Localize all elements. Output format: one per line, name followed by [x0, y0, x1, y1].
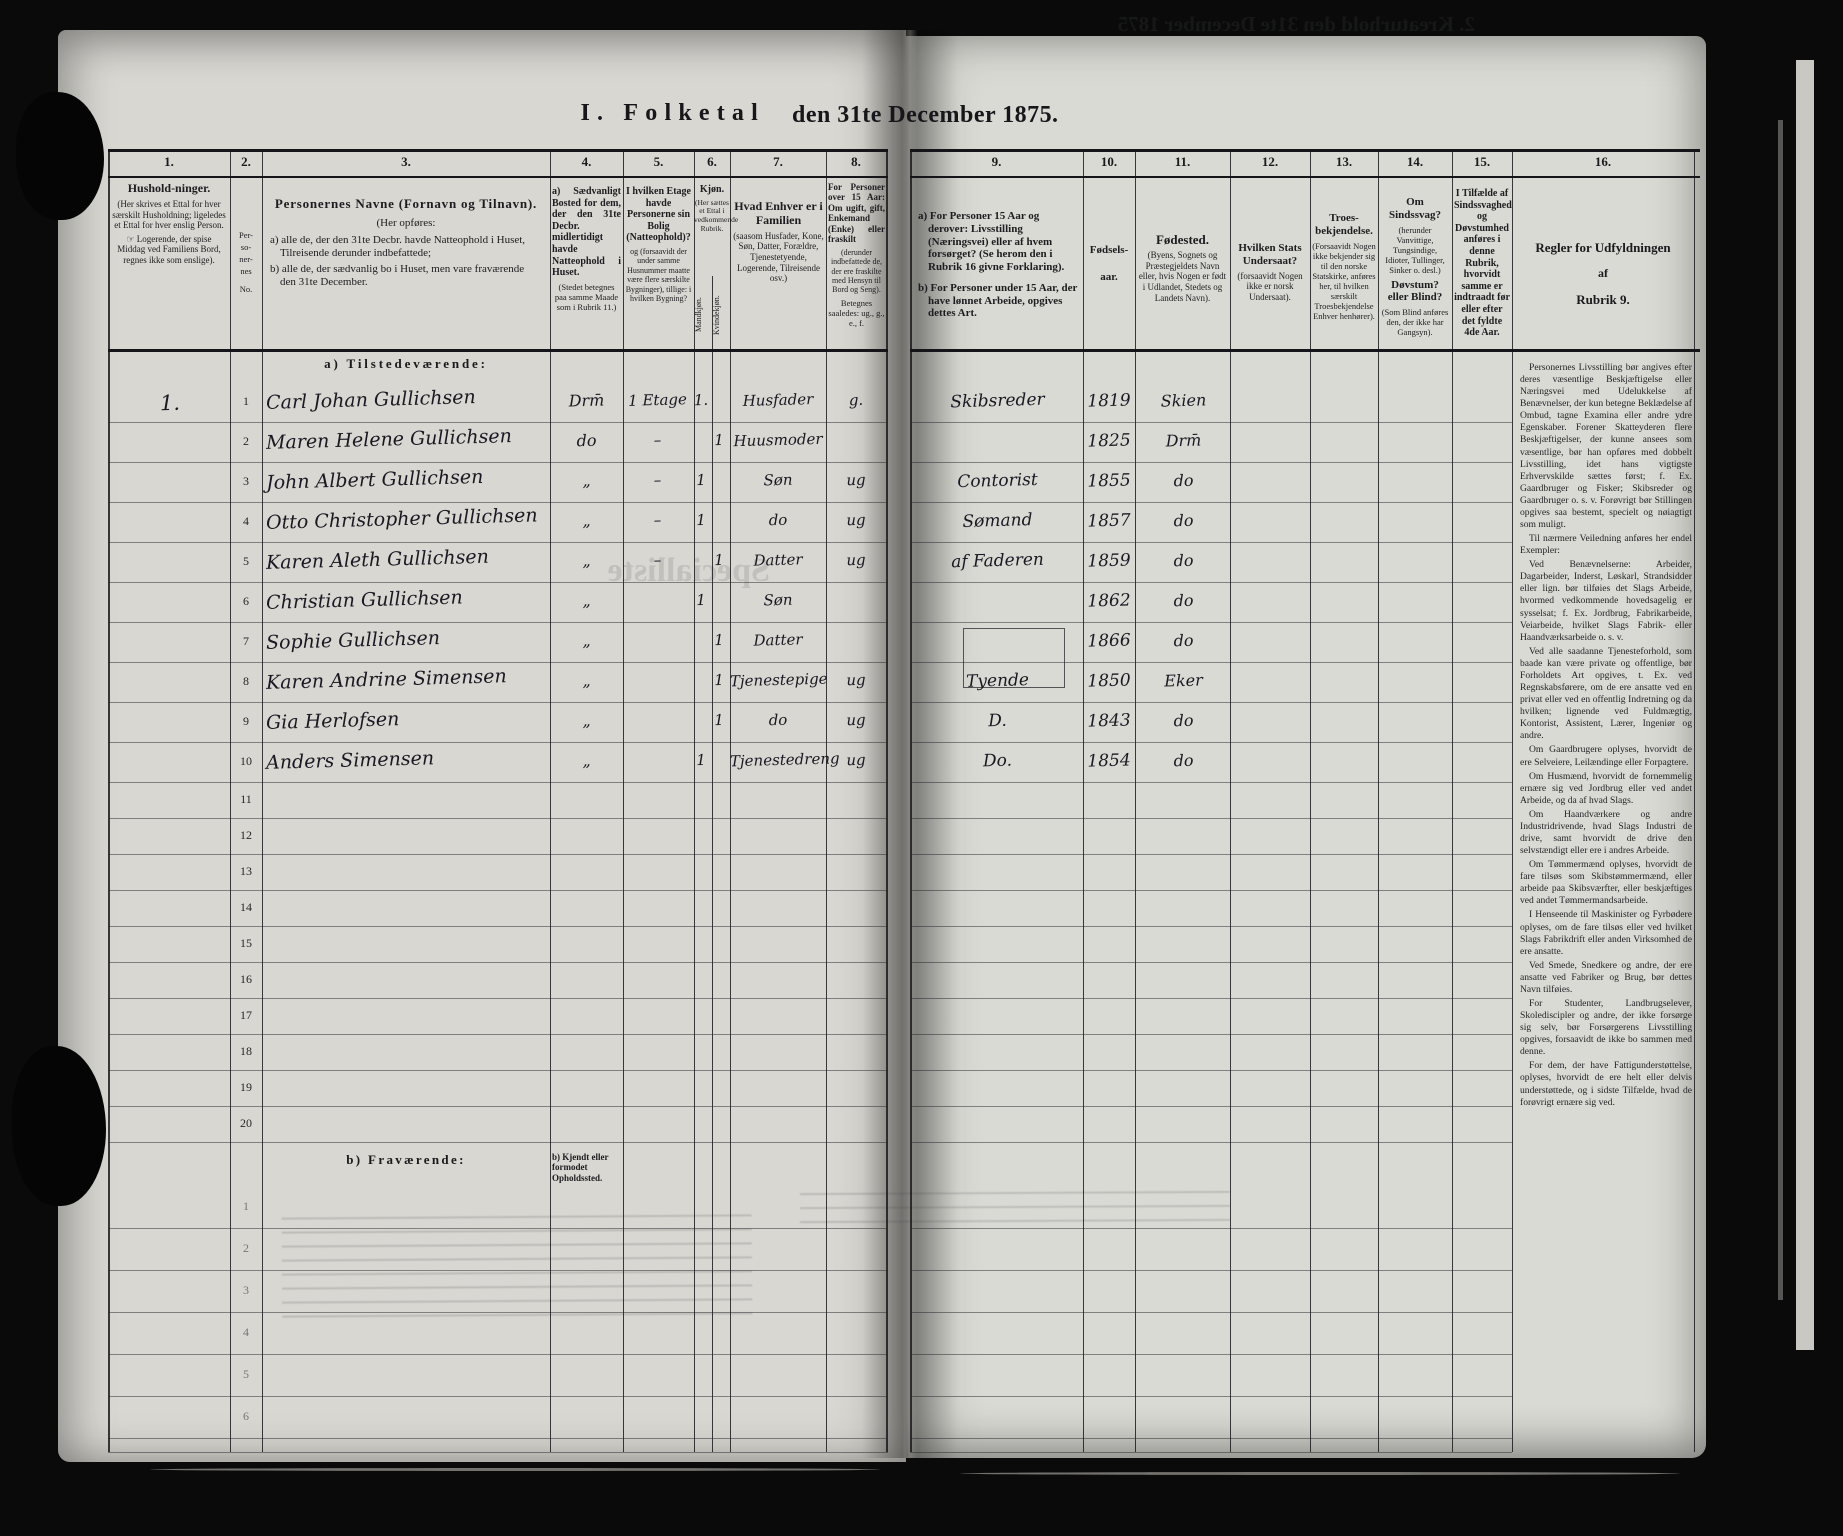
cell-birthplace: do [1137, 590, 1230, 612]
row-number: 14 [230, 900, 262, 915]
rules-paragraph: Om Tømmermænd oplyses, hvorvidt de fare … [1520, 859, 1692, 907]
cell-bosted: „ [550, 710, 624, 731]
cell-bosted: „ [550, 510, 624, 531]
row-line [910, 1354, 1512, 1355]
col-7-note: (saasom Husfader, Kone, Søn, Datter, For… [733, 231, 824, 284]
cell-birthplace: do [1137, 550, 1230, 572]
page-stack-edge [1778, 120, 1783, 1300]
absent-note: b) Kjendt eller formodet Opholdssted. [552, 1152, 638, 1183]
row-number: 1 [230, 1199, 262, 1214]
table-column-line [623, 152, 624, 1452]
table-column-line [712, 276, 713, 1452]
table-column-line [826, 152, 827, 1452]
rules-paragraph: Om Gaardbrugere oplyses, hvorvidt de ere… [1520, 744, 1692, 768]
col-9-item-b: b) For Personer under 15 Aar, der have l… [918, 282, 1078, 320]
row-number: 10 [230, 754, 262, 769]
col-4-header: a) Sædvanligt Bosted for dem, der den 31… [552, 186, 621, 312]
cell-bosted: „ [550, 750, 624, 771]
rules-paragraph: Ved alle saadanne Tjenesteforhold, som b… [1520, 646, 1692, 743]
col-13-title: Troes-bekjendelse. [1312, 212, 1376, 238]
col-14-header: Om Sindssvag? (herunder Vanvittige, Tung… [1380, 196, 1450, 337]
col-6-note: (Her sættes et Ettal i vedkommende Rubri… [694, 199, 730, 234]
cell-birthplace: Drm̄ [1137, 430, 1230, 452]
col-4-number: 4. [550, 154, 623, 174]
col-6-number: 6. [694, 154, 730, 174]
cell-family: Datter [730, 550, 826, 571]
row-line [910, 1034, 1512, 1035]
row-line [108, 742, 888, 743]
cell-family: do [730, 510, 826, 531]
cell-male: 1 [691, 471, 711, 490]
cell-born: 1862 [1083, 590, 1136, 611]
cell-birthplace: Eker [1137, 670, 1230, 692]
cell-etage: – [621, 430, 694, 450]
col-11-title: Fødested. [1137, 232, 1228, 247]
col-10-line2: aar. [1083, 271, 1135, 284]
cell-bosted: „ [550, 590, 624, 611]
cell-birthplace: do [1137, 470, 1230, 492]
row-line [910, 622, 1512, 623]
row-number: 7 [230, 634, 262, 649]
table-column-line [910, 152, 912, 1452]
cell-civil: ug [826, 710, 886, 730]
cell-family: Søn [730, 470, 826, 491]
cell-civil: ug [826, 510, 886, 530]
table-column-line [1310, 152, 1311, 1452]
row-line [108, 1396, 888, 1397]
row-line [108, 890, 888, 891]
row-line [108, 782, 888, 783]
col-10-line1: Fødsels- [1083, 244, 1135, 257]
row-line [108, 1270, 888, 1271]
row-line [910, 998, 1512, 999]
cell-born: 1866 [1083, 630, 1136, 651]
cell-born: 1843 [1083, 710, 1136, 731]
rules-paragraph: Ved Benævnelserne: Arbeider, Dagarbeider… [1520, 559, 1692, 644]
row-line [108, 1106, 888, 1107]
row-number: 5 [230, 1367, 262, 1382]
rules-paragraph: Personernes Livsstilling bør angives eft… [1520, 362, 1692, 531]
row-line [108, 962, 888, 963]
col-11-note: (Byens, Sognets og Præstegjeldets Navn e… [1137, 250, 1228, 303]
row-line [108, 662, 888, 663]
row-line [910, 582, 1512, 583]
row-line [108, 1142, 888, 1143]
col-6-header: Kjøn. (Her sættes et Ettal i vedkommende… [694, 184, 730, 234]
col-2-header: Per- so- ner- nes No. [230, 230, 262, 295]
paper-bottom-edge [960, 1472, 1680, 1475]
cell-etage: – [621, 470, 694, 490]
col-7-number: 7. [730, 154, 826, 174]
table-rule [910, 149, 1700, 152]
col-8-note: (derunder indbefattede de, der ere frask… [828, 248, 885, 295]
col-7-title: Hvad Enhver er i Familien [733, 200, 824, 228]
col-3-header: Personernes Navne (Fornavn og Tilnavn). … [270, 196, 542, 289]
table-column-line [1230, 152, 1231, 1452]
row-line [910, 1228, 1512, 1229]
col-14-note2: (Som Blind anføres den, der ikke har Gan… [1380, 307, 1450, 337]
row-line [910, 782, 1512, 783]
cell-birthplace: do [1137, 510, 1230, 532]
cell-born: 1850 [1083, 670, 1136, 691]
table-rule [108, 149, 888, 152]
col-11-header: Fødested. (Byens, Sognets og Præstegjeld… [1137, 232, 1228, 303]
col-5-text: I hvilken Etage havde Personerne sin Bol… [625, 186, 692, 244]
col-13-header: Troes-bekjendelse. (Forsaavidt Nogen ikk… [1312, 212, 1376, 321]
cell-family: Tjenestedreng [730, 750, 826, 771]
rules-paragraph: For Studenter, Landbrugselever, Skoledis… [1520, 998, 1692, 1058]
cell-civil: g. [826, 390, 886, 410]
row-line [910, 542, 1512, 543]
row-line [910, 702, 1512, 703]
col-7-header: Hvad Enhver er i Familien (saasom Husfad… [733, 200, 824, 284]
cell-male: 1 [691, 591, 711, 610]
cell-female: 1 [709, 551, 729, 570]
row-line [910, 854, 1512, 855]
row-line [910, 1396, 1512, 1397]
col-14-note: (herunder Vanvittige, Tungsindige, Idiot… [1380, 225, 1450, 275]
cell-family: Datter [730, 630, 826, 651]
row-number: 12 [230, 828, 262, 843]
table-column-line [886, 152, 888, 1452]
cell-bosted: „ [550, 630, 624, 651]
col-2-number: 2. [230, 154, 262, 174]
rules-paragraph: I Henseende til Maskinister og Fyrbødere… [1520, 909, 1692, 957]
col-3-item-a: a) alle de, der den 31te Decbr. havde Na… [270, 234, 542, 260]
row-line [108, 502, 888, 503]
row-number: 1 [230, 394, 262, 409]
col-15-header: I Tilfælde af Sindssvaghed og Døvstumhed… [1454, 188, 1510, 339]
rules-heading-1: Regler for Udfyldningen [1512, 240, 1694, 256]
row-line [910, 1070, 1512, 1071]
cell-born: 1825 [1083, 430, 1136, 451]
table-column-line [1378, 152, 1379, 1452]
row-number: 13 [230, 864, 262, 879]
col-9-item-a: a) For Personer 15 Aar og derover: Livss… [918, 210, 1078, 274]
col-16-number: 16. [1512, 154, 1694, 174]
col-1-title: Hushold-ninger. [112, 182, 226, 196]
row-line [108, 622, 888, 623]
cell-male: 1. [691, 391, 711, 410]
row-line [910, 422, 1512, 423]
row-line [910, 1312, 1512, 1313]
page-title-left: I. Folketal [420, 100, 765, 127]
rules-paragraph: For dem, der have Fattigunderstøttelse, … [1520, 1060, 1692, 1108]
col-1-header: Hushold-ninger. (Her skrives et Ettal fo… [112, 182, 226, 266]
cell-family: do [730, 710, 826, 731]
col-2-line: Per- [230, 230, 262, 242]
col-8-text: For Personer over 15 Aar: Om ugift, gift… [828, 182, 885, 245]
cell-birthplace: Skien [1137, 390, 1230, 412]
col-2-line: nes [230, 266, 262, 278]
row-line [108, 1354, 888, 1355]
col-5-note: og (forsaavidt der under samme Husnummer… [625, 247, 692, 304]
cell-birthplace: do [1137, 750, 1230, 772]
table-column-line [550, 152, 551, 1452]
row-number: 8 [230, 674, 262, 689]
col-12-number: 12. [1230, 154, 1310, 174]
col-12-title: Hvilken Stats Undersaat? [1232, 242, 1308, 268]
rules-heading-2: af [1512, 266, 1694, 281]
row-number: 11 [230, 792, 262, 807]
cell-birthplace: do [1137, 630, 1230, 652]
cell-female: 1 [709, 431, 729, 450]
paper-bottom-edge [150, 1468, 880, 1471]
cell-bosted: Drm̄ [550, 390, 624, 411]
row-number: 3 [230, 1283, 262, 1298]
cell-civil: ug [826, 670, 886, 690]
row-number: 15 [230, 936, 262, 951]
col-4-text: a) Sædvanligt Bosted for dem, der den 31… [552, 186, 621, 279]
absent-note-line2: Opholdssted. [552, 1173, 638, 1183]
col-4-note: (Stedet betegnes paa samme Maade som i R… [552, 282, 621, 312]
row-line [910, 818, 1512, 819]
row-line [910, 662, 1512, 663]
table-rule [108, 349, 888, 352]
rules-paragraph: Om Husmænd, hvorvidt de fornemmelig ernæ… [1520, 771, 1692, 807]
row-line [108, 818, 888, 819]
row-number: 9 [230, 714, 262, 729]
row-line [108, 702, 888, 703]
col-13-note: (Forsaavidt Nogen ikke bekjender sig til… [1312, 241, 1376, 321]
table-rule [910, 349, 1700, 352]
cell-bosted: „ [550, 670, 624, 691]
rules-paragraph: Om Haandværkere og andre Industridrivend… [1520, 809, 1692, 857]
col-5-number: 5. [623, 154, 694, 174]
col-2-line: so- [230, 242, 262, 254]
cell-born: 1854 [1083, 750, 1136, 771]
row-number: 19 [230, 1080, 262, 1095]
col-8-number: 8. [826, 154, 886, 174]
table-column-line [694, 152, 695, 1452]
cell-bosted: do [550, 430, 624, 451]
row-number: 2 [230, 434, 262, 449]
col-5-header: I hvilken Etage havde Personerne sin Bol… [625, 186, 692, 304]
cell-etage: 1 Etage [621, 390, 694, 410]
row-line [910, 1438, 1512, 1439]
section-absent-label: b) Fraværende: [268, 1152, 544, 1168]
row-line [910, 742, 1512, 743]
cell-civil: ug [826, 470, 886, 490]
row-line [910, 890, 1512, 891]
cell-bosted: „ [550, 550, 624, 571]
row-line [108, 998, 888, 999]
cell-family: Søn [730, 590, 826, 611]
row-line [910, 1270, 1512, 1271]
cell-family: Husfader [730, 390, 826, 411]
cell-female: 1 [709, 631, 729, 650]
row-line [910, 1106, 1512, 1107]
col-3-number: 3. [262, 154, 550, 174]
col-1-note2: ☞ Logerende, der spise Middag ved Famili… [112, 234, 226, 266]
col-3-item-b: b) alle de, der sædvanlig bo i Huset, me… [270, 263, 542, 289]
row-number: 3 [230, 474, 262, 489]
table-rule [910, 176, 1700, 178]
cell-birthplace: do [1137, 710, 1230, 732]
col-2-line: No. [230, 284, 262, 296]
row-line [108, 1034, 888, 1035]
table-column-line [262, 152, 263, 1452]
rules-heading-3: Rubrik 9. [1512, 292, 1694, 308]
row-number: 20 [230, 1116, 262, 1131]
col-14-number: 14. [1378, 154, 1452, 174]
table-column-line [1452, 152, 1453, 1452]
col-15-text: I Tilfælde af Sindssvaghed og Døvstumhed… [1454, 188, 1510, 339]
col-2-line: ner- [230, 254, 262, 266]
row-line [108, 1438, 888, 1439]
col-6-male-label: Mandkjøn. [694, 282, 712, 348]
table-column-line [1512, 152, 1513, 1452]
row-line [910, 1452, 1512, 1453]
cell-female: 1 [709, 711, 729, 730]
row-number: 16 [230, 972, 262, 987]
table-column-line [1694, 152, 1695, 1452]
col-13-number: 13. [1310, 154, 1378, 174]
bleedthrough-title: 2. Kreaturhold den 31te December 1875 [975, 12, 1475, 37]
table-column-line [1083, 152, 1084, 1452]
row-number: 17 [230, 1008, 262, 1023]
row-line [108, 462, 888, 463]
cell-hh: 1. [110, 389, 231, 416]
rules-paragraph: Til nærmere Veiledning anføres her endel… [1520, 533, 1692, 557]
row-line [108, 854, 888, 855]
col-1-note: (Her skrives et Ettal for hver særskilt … [112, 199, 226, 231]
col-8-header: For Personer over 15 Aar: Om ugift, gift… [828, 182, 885, 328]
cell-civil: ug [826, 750, 886, 770]
col-3-title: Personernes Navne (Fornavn og Tilnavn). [270, 196, 542, 211]
col-8-codes: Betegnes saaledes: ug., g., e., f. [828, 298, 885, 328]
table-column-line [108, 152, 110, 1452]
row-number: 6 [230, 1409, 262, 1424]
census-scan-photo: 2. Kreaturhold den 31te December 1875 Sp… [0, 0, 1843, 1536]
col-6-female-label: Kvindekjøn. [712, 282, 730, 348]
col-14-title: Om Sindssvag? [1380, 196, 1450, 222]
cell-born: 1859 [1083, 550, 1136, 571]
cell-etage: – [621, 550, 694, 570]
row-line [910, 502, 1512, 503]
row-line [108, 1228, 888, 1229]
row-line [108, 1070, 888, 1071]
absent-note-line1: b) Kjendt eller formodet [552, 1152, 638, 1173]
cell-civil: ug [826, 550, 886, 570]
row-line [910, 926, 1512, 927]
col-15-number: 15. [1452, 154, 1512, 174]
col-10-header: Fødsels- aar. [1083, 244, 1135, 284]
section-present-label: a) Tilstedeværende: [268, 356, 544, 372]
cell-bosted: „ [550, 470, 624, 491]
row-number: 5 [230, 554, 262, 569]
page-stack-edge [1796, 60, 1814, 1350]
col-10-number: 10. [1083, 154, 1135, 174]
table-column-line [1135, 152, 1136, 1452]
row-line [910, 462, 1512, 463]
col-3-sub: (Her opføres: [270, 217, 542, 230]
row-line [108, 422, 888, 423]
col-12-note: (forsaavidt Nogen ikke er norsk Undersaa… [1232, 271, 1308, 303]
col-9-header: a) For Personer 15 Aar og derover: Livss… [918, 206, 1078, 320]
cell-born: 1855 [1083, 470, 1136, 491]
col-12-header: Hvilken Stats Undersaat? (forsaavidt Nog… [1232, 242, 1308, 302]
rules-paragraph: Ved Smede, Snedkere og andre, der ere an… [1520, 960, 1692, 996]
row-line [108, 1452, 888, 1453]
cell-male: 1 [691, 751, 711, 770]
col-11-number: 11. [1135, 154, 1230, 174]
cell-female: 1 [709, 671, 729, 690]
rules-text-column: Personernes Livsstilling bør angives eft… [1520, 362, 1692, 1442]
table-column-line [730, 152, 731, 1452]
row-line [910, 962, 1512, 963]
row-line [108, 926, 888, 927]
row-number: 4 [230, 1325, 262, 1340]
row-line [108, 582, 888, 583]
cell-male: 1 [691, 511, 711, 530]
cell-family: Tjenestepige [730, 670, 826, 691]
row-number: 6 [230, 594, 262, 609]
row-number: 4 [230, 514, 262, 529]
col-1-number: 1. [108, 154, 230, 174]
col-14-title2: Døvstum? eller Blind? [1380, 279, 1450, 305]
cell-family: Huusmoder [730, 430, 826, 451]
row-number: 2 [230, 1241, 262, 1256]
cell-etage: – [621, 510, 694, 530]
cell-born: 1857 [1083, 510, 1136, 531]
col-6-title: Kjøn. [694, 184, 730, 196]
col-9-number: 9. [910, 154, 1083, 174]
book-clamp-top [16, 92, 104, 220]
row-line [910, 1142, 1512, 1143]
page-title-right: den 31te December 1875. [792, 102, 1222, 129]
row-line [108, 1312, 888, 1313]
table-rule [108, 176, 888, 178]
row-line [108, 542, 888, 543]
row-number: 18 [230, 1044, 262, 1059]
cell-born: 1819 [1083, 390, 1136, 411]
